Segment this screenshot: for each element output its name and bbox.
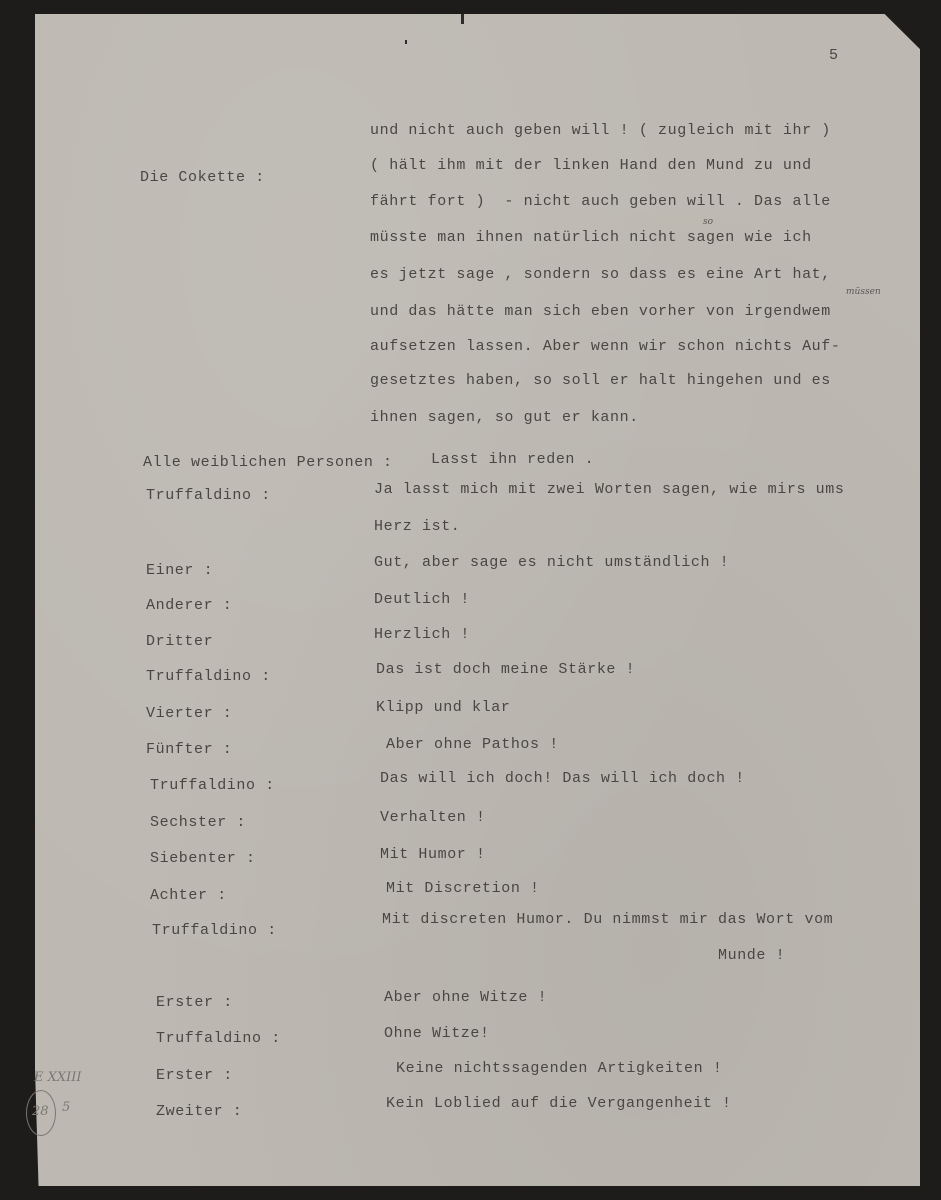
speaker-label: Sechster : [150, 815, 246, 830]
speaker-label: Siebenter : [150, 851, 256, 866]
dialogue-line: Klipp und klar [376, 700, 510, 715]
dialogue-line: Mit discreten Humor. Du nimmst mir das W… [382, 912, 833, 927]
handwritten-insertion: müssen [846, 287, 881, 297]
dialogue-line: und nicht auch geben will ! ( zugleich m… [370, 123, 831, 138]
speaker-label: Truffaldino : [152, 923, 277, 938]
dialogue-line: Das ist doch meine Stärke ! [376, 662, 635, 677]
dialogue-line: Verhalten ! [380, 810, 486, 825]
dialogue-line: ihnen sagen, so gut er kann. [370, 410, 639, 425]
dialogue-line: Herz ist. [374, 519, 460, 534]
dialogue-line: Munde ! [718, 948, 785, 963]
folio-number: 28 [32, 1104, 49, 1119]
speaker-label: Truffaldino : [146, 669, 271, 684]
dialogue-line: Keine nichtssagenden Artigkeiten ! [396, 1061, 722, 1076]
dialogue-line: Herzlich ! [374, 627, 470, 642]
speaker-label: Dritter [146, 634, 213, 649]
speaker-label: Truffaldino : [156, 1031, 281, 1046]
dialogue-line: und das hätte man sich eben vorher von i… [370, 304, 831, 319]
dialogue-line: ( hält ihm mit der linken Hand den Mund … [370, 158, 812, 173]
dialogue-line: Lasst ihn reden . [431, 452, 594, 467]
dialogue-line: Ohne Witze! [384, 1026, 490, 1041]
dialogue-line: Mit Discretion ! [386, 881, 540, 896]
speaker-label: Fünfter : [146, 742, 232, 757]
handwritten-insertion: so [703, 217, 713, 227]
dialogue-line: Aber ohne Pathos ! [386, 737, 559, 752]
dialogue-line: Gut, aber sage es nicht umständlich ! [374, 555, 729, 570]
speaker-label: Erster : [156, 1068, 233, 1083]
dialogue-line: es jetzt sage , sondern so dass es eine … [370, 267, 831, 282]
dialogue-line: Deutlich ! [374, 592, 470, 607]
speaker-label: Truffaldino : [150, 778, 275, 793]
speaker-label: Erster : [156, 995, 233, 1010]
dialogue-line: gesetztes haben, so soll er halt hingehe… [370, 373, 831, 388]
folio-suffix: 5 [62, 1100, 70, 1115]
ink-speck [405, 40, 407, 44]
dialogue-line: Ja lasst mich mit zwei Worten sagen, wie… [374, 482, 844, 497]
page-number: 5 [829, 48, 839, 63]
ink-speck [461, 14, 464, 24]
speaker-label: Alle weiblichen Personen : [143, 455, 393, 470]
dialogue-line: Aber ohne Witze ! [384, 990, 547, 1005]
speaker-label: Die Cokette : [140, 170, 265, 185]
archive-mark: E XXIII [34, 1070, 82, 1085]
speaker-label: Truffaldino : [146, 488, 271, 503]
dialogue-line: Mit Humor ! [380, 847, 486, 862]
speaker-label: Zweiter : [156, 1104, 242, 1119]
speaker-label: Einer : [146, 563, 213, 578]
speaker-label: Vierter : [146, 706, 232, 721]
dialogue-line: fährt fort ) - nicht auch geben will . D… [370, 194, 831, 209]
dialogue-line: müsste man ihnen natürlich nicht sagen w… [370, 230, 812, 245]
dialogue-line: aufsetzen lassen. Aber wenn wir schon ni… [370, 339, 840, 354]
speaker-label: Achter : [150, 888, 227, 903]
speaker-label: Anderer : [146, 598, 232, 613]
dialogue-line: Kein Loblied auf die Vergangenheit ! [386, 1096, 732, 1111]
dialogue-line: Das will ich doch! Das will ich doch ! [380, 771, 745, 786]
